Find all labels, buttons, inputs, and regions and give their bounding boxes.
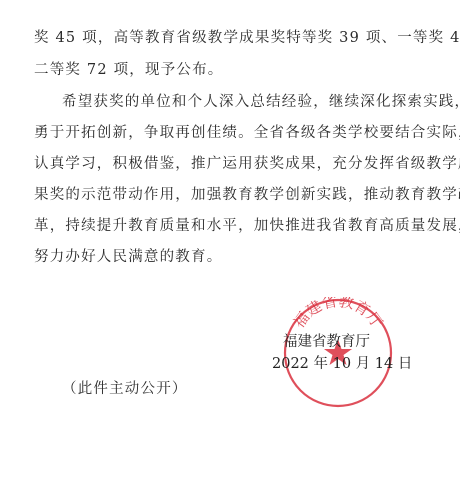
issuer-name: 福建省教育厅 xyxy=(283,330,370,351)
paragraph-1-line-2: 二等奖 72 项，现予公布。 xyxy=(34,58,223,79)
paragraph-2-line-4: 果奖的示范带动作用，加强教育教学创新实践，推动教育教学改 xyxy=(34,183,460,204)
paragraph-2-line-1: 希望获奖的单位和个人深入总结经验，继续深化探索实践， xyxy=(62,90,460,111)
disclosure-note: （此件主动公开） xyxy=(62,377,188,398)
paragraph-2-line-6: 努力办好人民满意的教育。 xyxy=(34,245,222,266)
issue-date: 2022 年 10 月 14 日 xyxy=(272,352,412,373)
paragraph-2-line-2: 勇于开拓创新，争取再创佳绩。全省各级各类学校要结合实际， xyxy=(34,121,460,142)
svg-text:福建省教育厅: 福建省教育厅 xyxy=(290,297,386,331)
seal-text: 福建省教育厅 xyxy=(290,297,386,331)
paragraph-1-line-1: 奖 45 项，高等教育省级教学成果奖特等奖 39 项、一等奖 49 项、 xyxy=(34,26,460,47)
paragraph-2-line-3: 认真学习，积极借鉴，推广运用获奖成果，充分发挥省级教学成 xyxy=(34,152,460,173)
paragraph-2-line-5: 革，持续提升教育质量和水平，加快推进我省教育高质量发展， xyxy=(34,214,460,235)
